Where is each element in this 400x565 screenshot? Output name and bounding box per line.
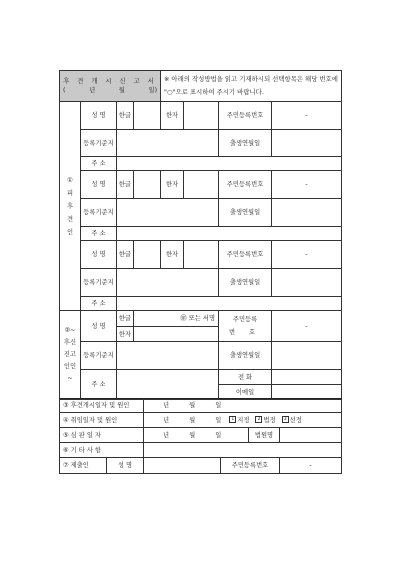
ward2-hanja-label: 한자 [161,171,184,199]
ward3-birth-label: 출생연월일 [219,269,272,297]
form-title-cell: 후 견 개 시 신 고 서 ( 년 월 일) [60,71,161,102]
ward3-rrn-input[interactable]: - [272,241,342,269]
report-date: ( 년 월 일) [60,86,160,95]
submitter-name-input[interactable] [144,458,221,474]
ward2-reg-label: 등록기준지 [81,199,117,227]
ward3-reg-input[interactable] [117,269,219,297]
ward3-hangul-input[interactable] [134,241,161,269]
reporter-name-label: 성 명 [81,311,117,342]
judgment-date-input[interactable]: 년 월 일 [144,428,249,443]
ward3-rrn-label: 주민등록번호 [219,241,272,269]
reporter-rrn-input[interactable]: - [272,311,342,342]
reporter-hangul-input[interactable]: ㊞ 또는 서명 [134,311,219,327]
reporter-addr-label: 주 소 [81,370,117,400]
guardianship-details-table: ③ 후견개시일자 및 원인 년 월 일 ④ 취임일자 및 원인 년 월 일 1지… [59,398,342,474]
ward3-birth-input[interactable] [272,269,342,297]
ward3-reg-label: 등록기준지 [81,269,117,297]
ward2-addr-input[interactable] [117,227,342,241]
ward1-name-label: 성 명 [81,102,117,130]
ward1-hanja-input[interactable] [184,102,219,130]
ward1-addr-input[interactable] [117,157,342,171]
option-statutory[interactable]: 2법정 [255,416,275,425]
ward2-hangul-label: 한글 [117,171,134,199]
ward3-name-label: 성 명 [81,241,117,269]
section2-label: ②~ 후신 진고 인인 ~ [60,311,81,400]
ward1-rrn-label: 주민등록번호 [219,102,272,130]
ward2-hanja-input[interactable] [184,171,219,199]
ward2-name-label: 성 명 [81,171,117,199]
seal-or-signature-label: ㊞ 또는 서명 [180,315,215,322]
option-appointed[interactable]: 3선정 [282,416,302,425]
ward1-birth-input[interactable] [272,130,342,157]
ward1-addr-label: 주 소 [81,157,117,171]
other-matters-input[interactable] [144,443,342,458]
reporter-rrn-label: 주민등록 번 호 [219,311,272,342]
submitter-label: ⑦ 제출인 [60,458,107,474]
submitter-rrn-input[interactable]: - [280,458,342,474]
reporter-phone-input[interactable] [272,370,342,385]
ward3-hanja-label: 한자 [161,241,184,269]
reporter-addr-input[interactable] [117,370,219,400]
judgment-date-label: ⑤ 심 판 일 자 [60,428,144,443]
ward3-addr-input[interactable] [117,297,342,311]
ward2-birth-input[interactable] [272,199,342,227]
ward2-rrn-input[interactable]: - [272,171,342,199]
other-matters-label: ⑥ 기 타 사 항 [60,443,144,458]
inauguration-date-input[interactable]: 년 월 일 1지정 2법정 3선정 [144,413,342,428]
reporter-reg-label: 등록기준지 [81,342,117,370]
ward1-reg-input[interactable] [117,130,219,157]
guardianship-report-form: 후 견 개 시 신 고 서 ( 년 월 일) ※ 아래의 작성방법을 읽고 기재… [59,70,342,400]
reporter-phone-label: 전 화 [219,370,272,385]
form-page: 후 견 개 시 신 고 서 ( 년 월 일) ※ 아래의 작성방법을 읽고 기재… [0,0,400,565]
ward1-hangul-input[interactable] [134,102,161,130]
inauguration-reason-options: 1지정 2법정 3선정 [229,416,302,425]
instructions-notice: ※ 아래의 작성방법을 읽고 기재하시되 선택항목은 해당 번호에 "○"으로 … [161,71,342,102]
ward2-rrn-label: 주민등록번호 [219,171,272,199]
reporter-birth-label: 출생연월일 [219,342,272,370]
reporter-birth-input[interactable] [272,342,342,370]
reporter-hanja-input[interactable] [134,327,219,342]
section1-label: ① 피 후 견 인 [60,102,81,311]
submitter-name-label: 성 명 [107,458,144,474]
ward2-addr-label: 주 소 [81,227,117,241]
ward1-rrn-input[interactable]: - [272,102,342,130]
ward3-hangul-label: 한글 [117,241,134,269]
reporter-reg-input[interactable] [117,342,219,370]
form-title: 후 견 개 시 신 고 서 [60,77,160,86]
option-designated[interactable]: 1지정 [229,416,249,425]
reporter-hangul-label: 한글 [117,311,134,327]
ward3-hanja-input[interactable] [184,241,219,269]
ward3-addr-label: 주 소 [81,297,117,311]
ward2-hangul-input[interactable] [134,171,161,199]
reporter-hanja-label: 한자 [117,327,134,342]
court-name-input[interactable] [280,428,342,443]
ward1-reg-label: 등록기준지 [81,130,117,157]
ward1-hangul-label: 한글 [117,102,134,130]
ward1-hanja-label: 한자 [161,102,184,130]
ward1-birth-label: 출생연월일 [219,130,272,157]
court-name-label: 법원명 [249,428,280,443]
start-date-label: ③ 후견개시일자 및 원인 [60,399,144,413]
ward2-reg-input[interactable] [117,199,219,227]
submitter-rrn-label: 주민등록번호 [221,458,280,474]
start-date-input[interactable]: 년 월 일 [144,399,342,413]
ward2-birth-label: 출생연월일 [219,199,272,227]
inauguration-date-label: ④ 취임일자 및 원인 [60,413,144,428]
